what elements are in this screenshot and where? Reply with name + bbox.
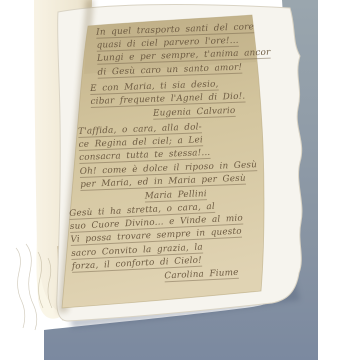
handwriting-layer: In quel trasporto santi del core quasi d…	[0, 0, 360, 360]
manuscript-photo: In quel trasporto santi del core quasi d…	[0, 0, 360, 360]
verse-block-2: T'affida, o cara, alla dol- ce Regina de…	[78, 119, 258, 206]
verse-block-3: Gesù ti ha stretta, o cara, al suo Cuore…	[69, 200, 246, 289]
verse-block-1: In quel trasporto santi del core quasi d…	[88, 21, 273, 124]
